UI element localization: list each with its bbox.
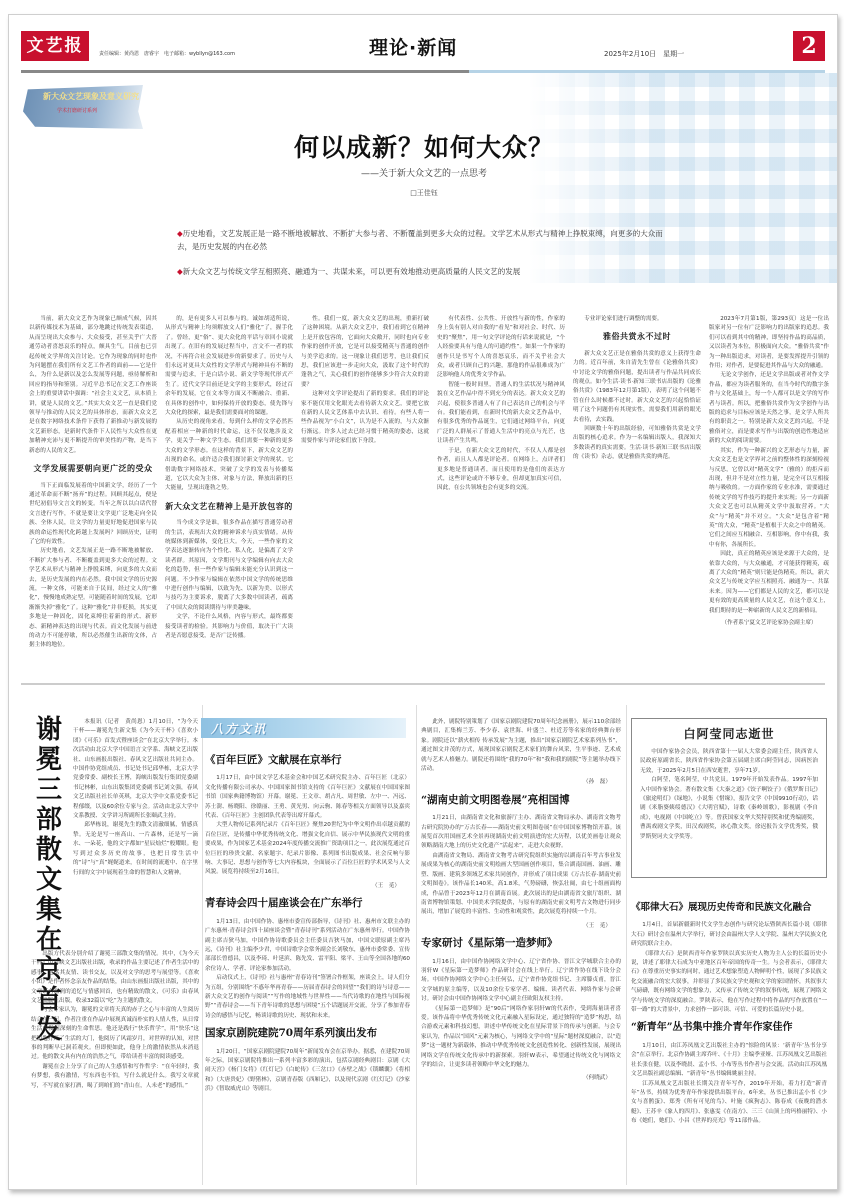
editor-credits: 责任编辑：黄尚恩 唐睿宇 电子邮箱：wybllyn@163.com (99, 50, 235, 57)
news-headline: “新青年”丛书集中推介青年作家佳作 (631, 1023, 827, 1032)
obituary-title: 白阿莹同志逝世 (640, 725, 818, 742)
section-heading: 雅俗共赏永不过时 (573, 332, 701, 341)
obituary-box: 白阿莹同志逝世 中国作家协会会员，陕西省第十一届人大常委会副主任，陕西省人民政府… (631, 718, 827, 878)
bafang-wenxun-banner: 八方文讯 (201, 718, 406, 738)
feature-column-6: 2023年7月第1版，第293页）这是一位出版家对另一位有广泛影响力的出版家的追… (709, 315, 829, 655)
news-column-2: 此外，剧院特别策划了《国家京剧院建院70周年纪念画册》，展示110余部经典剧目，… (421, 718, 621, 1188)
news-headline: 青春诗会四十届座谈会在广东举行 (205, 899, 410, 908)
section-divider (21, 683, 825, 685)
lead-point: ◆新大众文艺与传统文学互相照亮、融通为一、共谋未来，可以更有效地推动更高质量的人… (177, 265, 677, 278)
section-heading: 新大众文艺在精神上是开放包容的 (165, 502, 293, 511)
feature-column-4: 有代表性、公共性、开放性与新的性，作家的身上负有别人对自我的“看见”和对社会、时… (437, 315, 565, 655)
feature-body: 当前，新大众文艺作为现象已颇成气候，因其以新传媒技术为基础，部分地跳过传统发表渠… (29, 315, 829, 655)
lead-point: ◆历史地看，文艺发展正是一路不断地被解放、不断扩大参与者、不断覆盖到更多大众的过… (177, 227, 677, 253)
feature-column-5: 专业评论家们进行调整的需要。 雅俗共赏永不过时 新大众文艺正是在雅俗共赏的意义上… (573, 315, 701, 655)
news-headline: 《百年巨匠》文献展在京举行 (205, 756, 410, 765)
news-headline: 专家研讨《星际第一造梦师》 (421, 939, 621, 948)
series-banner-title: 新大众文艺现象及意义研究 (43, 91, 139, 102)
author-credit: （作者系宁夏文艺评论家协会副主席） (709, 619, 829, 628)
section-title: 理论·新闻 (369, 33, 457, 60)
news-headline: “湖南史前文明图卷展”亮相国博 (421, 796, 621, 805)
page-number: 2 (793, 31, 825, 61)
news-headline: 《耶律大石》展现历史传奇和民族文化融合 (631, 903, 827, 912)
xiemian-story-part1: 本报讯（记者 黄尚恩）1月10日，“为今天干杯——谢冕先生新文集《为今天干杯》《… (73, 718, 198, 908)
column-rule (626, 705, 627, 1185)
news-column-3: 《耶律大石》展现历史传奇和民族文化融合 1月4日，首届新疆新时代文学生态创作与研… (631, 895, 827, 1190)
series-banner-sub: 学术打磨研讨系列 (57, 107, 97, 114)
series-banner: 新大众文艺现象及意义研究 学术打磨研讨系列 (23, 85, 143, 129)
feature-column-2: 的，是有更多人可以参与的。诚如胡适所说，从形式与精神上均须解放文人们“雅化”了，… (165, 315, 293, 655)
feature-column-1: 当前，新大众文艺作为现象已颇成气候，因其以新传媒技术为基础，部分地跳过传统发表渠… (29, 315, 157, 655)
column-rule (202, 705, 203, 1185)
feature-title: 何以成新？如何大众？ (9, 128, 838, 164)
feature-byline: □王佳钰 (9, 188, 838, 198)
xiemian-story-part2: 出版方代表分别介绍了谢冕三部散文集的情况。其中，《为今天干杯》由海峡文艺出版社出… (31, 950, 199, 1180)
column-rule (416, 705, 417, 1185)
issue-date: 2025年2月10日 星期一 (604, 49, 684, 59)
feature-subtitle: ——关于新大众文艺的一点思考 (9, 166, 838, 179)
newspaper-page: 文艺报 责任编辑：黄尚恩 唐睿宇 电子邮箱：wybllyn@163.com 理论… (8, 14, 838, 1190)
feature-column-3: 性。我们一度，新大众文艺的出现，重新打破了这种困境。从新大众文艺中，我们看到它在… (301, 315, 429, 655)
news-headline: 国家京剧院建院70周年系列演出发布 (205, 1029, 410, 1038)
newspaper-logo: 文艺报 (21, 31, 89, 61)
section-heading: 文学发展需要朝向更广泛的受众 (29, 464, 157, 473)
news-column-1: 《百年巨匠》文献展在京举行 1月17日，由中国文学艺术基金会和中国艺术研究院主办… (205, 748, 410, 1188)
